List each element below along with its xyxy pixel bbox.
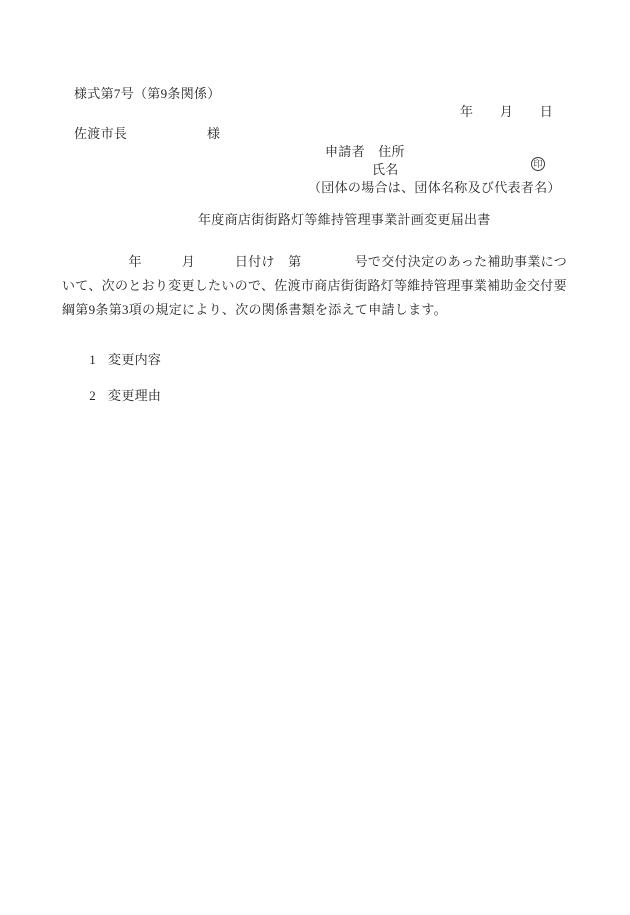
item-2-number: 2 <box>89 388 96 403</box>
item-2-label: 変更理由 <box>108 388 161 403</box>
seal-stamp-icon: 印 <box>531 157 545 171</box>
form-number: 様式第7号（第9条関係） <box>74 86 221 102</box>
document-title: 年度商店街街路灯等維持管理事業計画変更届出書 <box>198 212 491 228</box>
addressee-line: 佐渡市長 様 <box>74 126 220 142</box>
seal-char: 印 <box>533 160 542 169</box>
date-line: 年 月 日 <box>460 104 553 120</box>
body-paragraph-line-3: 綱第9条第3項の規定により、次の関係書類を添えて申請します。 <box>62 302 447 318</box>
item-1-number: 1 <box>89 352 96 367</box>
body-paragraph-line-2: いて、次のとおり変更したいので、佐渡市商店街街路灯等維持管理事業補助金交付要 <box>62 278 567 294</box>
organization-note: （団体の場合は、団体名称及び代表者名） <box>308 180 561 196</box>
body-paragraph-line-1: 年 月 日付け 第 号で交付決定のあった補助事業につ <box>62 254 567 270</box>
applicant-name-label: 氏名 <box>372 162 399 178</box>
applicant-address-line: 申請者 住所 <box>325 144 405 160</box>
document-page: 様式第7号（第9条関係） 年 月 日 佐渡市長 様 申請者 住所 氏名 印 （団… <box>0 0 630 915</box>
list-item-change-reason: 2変更理由 <box>75 372 161 420</box>
item-1-label: 変更内容 <box>108 352 161 367</box>
